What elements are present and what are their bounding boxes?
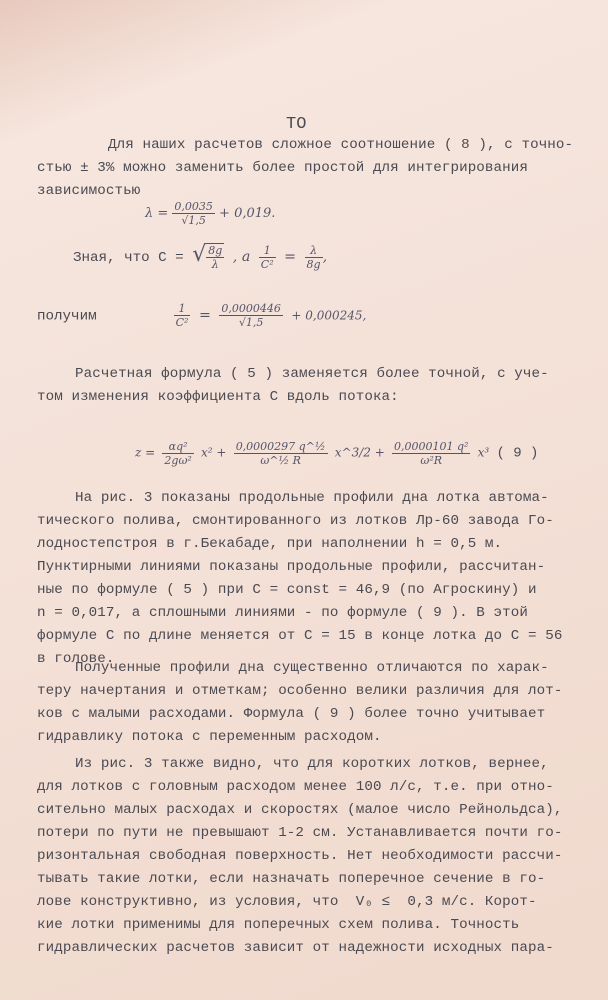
text-line: Для наших расчетов сложное соотношение (… [75, 137, 573, 153]
text-line: теру начертания и отметкам; особенно вел… [37, 683, 562, 699]
text-line: Полученные профили дна существенно отлич… [75, 660, 549, 676]
fraction: 0,0000297 q^½ω^½ R [234, 440, 328, 467]
text-line: Пунктирными линиями показаны продольные … [37, 559, 545, 575]
text-line: Расчетная формула ( 5 ) заменяется более… [75, 366, 549, 382]
text-line: тического полива, смонтированного из лот… [37, 513, 554, 529]
fraction: αq²2gω² [162, 440, 193, 467]
sqrt-fraction: 8gλ [206, 243, 224, 271]
fraction: 1C² [174, 302, 191, 329]
formula-tail: + 0,019. [219, 206, 275, 221]
obtain-line: получим 1C² = 0,0000446√1,5 + 0,000245, [37, 302, 366, 329]
fraction: 0,0035√1,5 [172, 200, 215, 227]
fraction: 0,0000101 q²ω²R [392, 440, 470, 467]
knowing-line: Зная, что С = √8gλ , а 1C² = λ8g, [73, 242, 327, 271]
text-line: формуле С по длине меняется от С = 15 в … [37, 628, 562, 644]
text-line: тывать такие лотки, если назначать попер… [37, 871, 545, 887]
text-line: лодностепстроя в г.Бекабаде, при наполне… [37, 536, 502, 552]
text-line: гидравлику потока с переменным расходом. [37, 729, 382, 745]
text-line: лове конструктивно, из условия, что V₀ ≤… [37, 894, 537, 910]
formula-lhs: λ = [145, 206, 168, 221]
text-line: гидравлических расчетов зависит от надеж… [37, 940, 554, 956]
text: получим [37, 308, 97, 324]
text-line: кие лотки применимы для поперечных схем … [37, 917, 519, 933]
text: Зная, что С = [73, 250, 184, 266]
text-line: Из рис. 3 также видно, что для коротких … [75, 756, 549, 772]
formula-9: z = αq²2gω² x² + 0,0000297 q^½ω^½ R x^3/… [135, 440, 538, 467]
equation-number: ( 9 ) [496, 446, 538, 462]
fraction: 0,0000446√1,5 [219, 302, 283, 329]
fraction: 1C² [259, 244, 276, 271]
text-line: зависимостью [37, 183, 140, 199]
text-line: На рис. 3 показаны продольные профили дн… [75, 490, 549, 506]
text-line: потери по пути не превышают 1-2 см. Уста… [37, 825, 562, 841]
text-line: том изменения коэффициента С вдоль поток… [37, 389, 399, 405]
text-line: сительно малых расходах и скоростях (мал… [37, 802, 562, 818]
text-line: ков с малыми расходами. Формула ( 9 ) бо… [37, 706, 545, 722]
text-line: n = 0,017, а сплошными линиями - по форм… [37, 605, 528, 621]
text-line: ные по формуле ( 5 ) при С = const = 46,… [37, 582, 537, 598]
formula-lambda: λ = 0,0035√1,5 + 0,019. [145, 200, 275, 227]
text-line: для лотков с головным расходом менее 100… [37, 779, 554, 795]
text-line: ризонтальная свободная поверхность. Нет … [37, 848, 562, 864]
fraction: λ8g [305, 244, 323, 271]
text-line: стью ± 3% можно заменить более простой д… [37, 160, 528, 176]
page-number: ТО [286, 115, 306, 134]
